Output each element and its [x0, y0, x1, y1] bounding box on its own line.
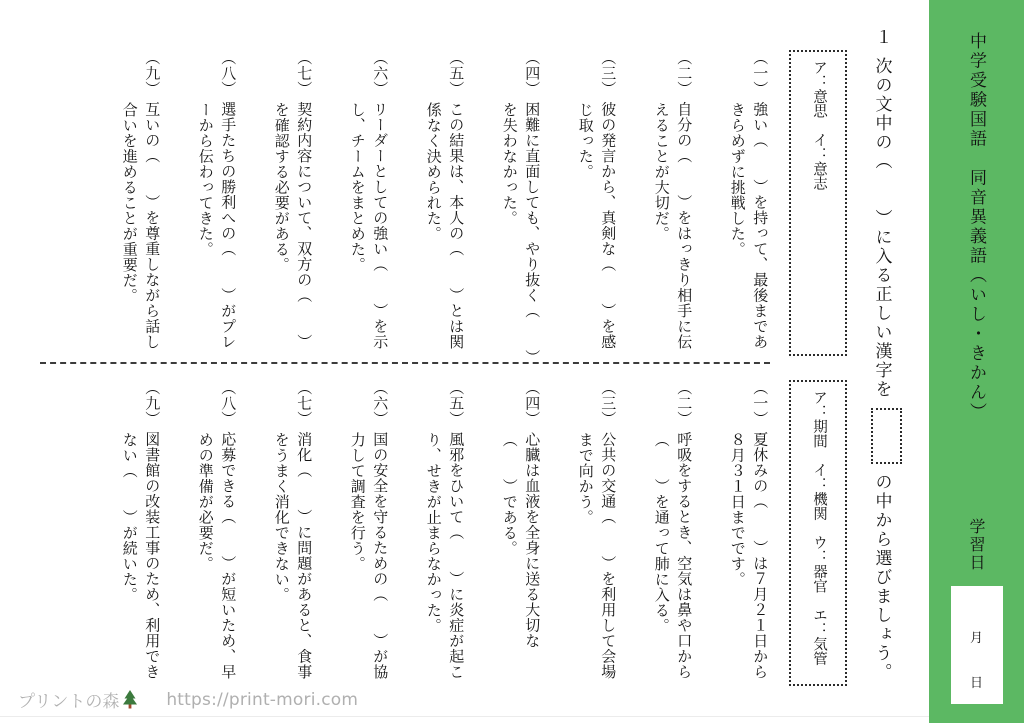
- question-number: （一）: [751, 380, 769, 427]
- study-date-label: 学習日: [965, 518, 988, 572]
- question-text: 風邪をひいて（ ）に炎症が起こり、せきが止まらなかった。: [425, 432, 466, 680]
- question: （八）応募できる（ ）が短いため、早めの準備が必要だ。: [194, 380, 239, 690]
- question-text: 契約内容について、双方の（ ）を確認する必要がある。: [273, 102, 314, 350]
- question: （五）この結果は、本人の（ ）とは関係なく決められた。: [422, 50, 467, 360]
- question-text: 自分の（ ）をはっきり相手に伝えることが大切だ。: [653, 102, 694, 350]
- question-number: （三）: [599, 380, 617, 427]
- question: （三）彼の発言から、真剣な（ ）を感じ取った。: [574, 50, 619, 360]
- options-box: ア：期間 イ：機関 ウ：器官 エ：気管: [789, 380, 847, 686]
- question: （四）困難に直面しても、やり抜く（ ）を失わなかった。: [498, 50, 543, 360]
- question-number: （七）: [295, 380, 313, 427]
- question: （九）図書館の改装工事のため、利用できない（ ）が続いた。: [118, 380, 163, 690]
- instruction: １次の文中の（ ）に入る正しい漢字をの中から選びましょう。: [867, 28, 902, 700]
- question-text: 互いの（ ）を尊重しながら話し合いを進めることが重要だ。: [121, 102, 162, 350]
- question-number: （五）: [447, 50, 465, 97]
- question-text: この結果は、本人の（ ）とは関係なく決められた。: [425, 102, 466, 350]
- question-number: （二）: [675, 50, 693, 97]
- question: （三）公共の交通（ ）を利用して会場まで向かう。: [574, 380, 619, 690]
- question: （五）風邪をひいて（ ）に炎症が起こり、せきが止まらなかった。: [422, 380, 467, 690]
- question: （四）心臓は血液を全身に送る大切な（ ）である。: [498, 380, 543, 690]
- question-number: （七）: [295, 50, 313, 97]
- options-box: ア：意思 イ：意志: [789, 50, 847, 356]
- question-text: 国の安全を守るための（ ）が協力して調査を行う。: [349, 432, 390, 680]
- question: （八）選手たちの勝利への（ ）がプレーから伝わってきた。: [194, 50, 239, 360]
- tree-icon: [122, 690, 138, 709]
- page-edge-line: [0, 716, 929, 717]
- question-number: （八）: [219, 50, 237, 97]
- question: （七）契約内容について、双方の（ ）を確認する必要がある。: [270, 50, 315, 360]
- question: （九）互いの（ ）を尊重しながら話し合いを進めることが重要だ。: [118, 50, 163, 360]
- question-text: 消化（ ）に問題があると、食事をうまく消化できない。: [273, 432, 314, 680]
- worksheet-page: 中学受験国語 同音異義語（いし・きかん） 学習日 月 日 １次の文中の（ ）に入…: [0, 0, 1024, 723]
- question-text: 夏休みの（ ）は７月２１日から８月３１日までです。: [729, 432, 770, 680]
- instruction-text-before: 次の文中の（ ）に入る正しい漢字を: [872, 57, 892, 399]
- question-number: （六）: [371, 380, 389, 427]
- options-list: ア：期間 イ：機関 ウ：器官 エ：気管: [811, 390, 827, 666]
- title-banner: 中学受験国語 同音異義語（いし・きかん） 学習日 月 日: [929, 0, 1024, 723]
- question-number: （五）: [447, 380, 465, 427]
- section-kikan: ア：期間 イ：機関 ウ：器官 エ：気管 （一）夏休みの（ ）は７月２１日から８月…: [87, 380, 847, 690]
- month-label: 月: [970, 627, 983, 646]
- site-brand: プリントの森: [18, 687, 119, 712]
- question-number: （一）: [751, 50, 769, 97]
- problem-number: １: [872, 28, 892, 47]
- site-url: https://print-mori.com: [166, 690, 358, 710]
- question: （一）強い（ ）を持って、最後まであきらめずに挑戦した。: [726, 50, 771, 360]
- question-number: （三）: [599, 50, 617, 97]
- question-text: 図書館の改装工事のため、利用できない（ ）が続いた。: [121, 432, 162, 680]
- options-list: ア：意思 イ：意志: [811, 60, 827, 191]
- instruction-text-after: の中から選びましょう。: [872, 473, 892, 682]
- question: （七）消化（ ）に問題があると、食事をうまく消化できない。: [270, 380, 315, 690]
- question: （一）夏休みの（ ）は７月２１日から８月３１日までです。: [726, 380, 771, 690]
- question: （二）呼吸をするとき、空気は鼻や口から（ ）を通って肺に入る。: [650, 380, 695, 690]
- footer: プリントの森 https://print-mori.com: [18, 687, 358, 712]
- question-number: （九）: [143, 50, 161, 97]
- question-number: （九）: [143, 380, 161, 427]
- question-text: 公共の交通（ ）を利用して会場まで向かう。: [577, 432, 618, 680]
- question: （六）リーダーとしての強い（ ）を示し、チームをまとめた。: [346, 50, 391, 360]
- section-divider: [40, 362, 770, 364]
- question-text: 呼吸をするとき、空気は鼻や口から（ ）を通って肺に入る。: [653, 432, 694, 680]
- question-text: 困難に直面しても、やり抜く（ ）を失わなかった。: [501, 102, 542, 358]
- question-text: 強い（ ）を持って、最後まであきらめずに挑戦した。: [729, 102, 770, 350]
- date-entry-box: 月 日: [951, 586, 1003, 704]
- question-number: （六）: [371, 50, 389, 97]
- question-text: 選手たちの勝利への（ ）がプレーから伝わってきた。: [197, 102, 238, 350]
- question-number: （四）: [523, 50, 541, 97]
- question-text: 彼の発言から、真剣な（ ）を感じ取った。: [577, 102, 618, 350]
- question-number: （四）: [523, 380, 541, 427]
- question-number: （二）: [675, 380, 693, 427]
- day-label: 日: [970, 672, 983, 691]
- section-ishi: ア：意思 イ：意志 （一）強い（ ）を持って、最後まであきらめずに挑戦した。 （…: [87, 50, 847, 360]
- question-text: リーダーとしての強い（ ）を示し、チームをまとめた。: [349, 102, 390, 350]
- choices-placeholder-box: [871, 408, 902, 464]
- question: （六）国の安全を守るための（ ）が協力して調査を行う。: [346, 380, 391, 690]
- question-text: 心臓は血液を全身に送る大切な（ ）である。: [501, 432, 542, 649]
- worksheet-title: 中学受験国語 同音異義語（いし・きかん）: [964, 32, 989, 422]
- question-number: （八）: [219, 380, 237, 427]
- question-text: 応募できる（ ）が短いため、早めの準備が必要だ。: [197, 432, 238, 680]
- question: （二）自分の（ ）をはっきり相手に伝えることが大切だ。: [650, 50, 695, 360]
